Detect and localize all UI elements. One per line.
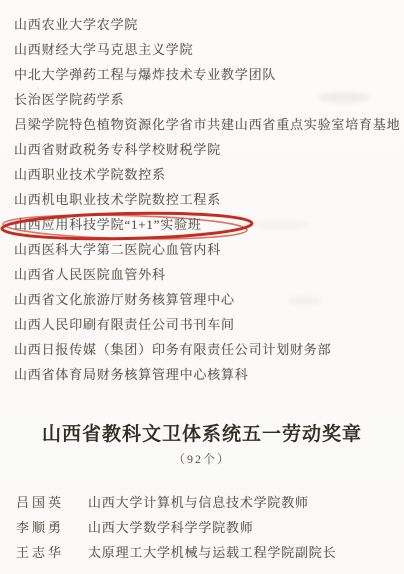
recipient-affiliation: 山西大学数学科学学院教师 — [88, 515, 254, 540]
award-section-title: 山西省教科文卫体系统五一劳动奖章 — [0, 419, 404, 446]
list-item: 山西省财政税务专科学校财税学院 — [14, 137, 402, 162]
award-count: （92个） — [0, 450, 404, 467]
list-item: 山西省人民医院血管外科 — [14, 262, 402, 287]
recipient-row: 李顺勇 山西大学数学科学学院教师 — [16, 515, 402, 540]
list-item: 山西省体育局财务核算管理中心核算科 — [14, 362, 402, 387]
recipient-name: 李顺勇 — [16, 515, 88, 540]
scan-artifact — [250, 220, 310, 230]
recipient-row: 王志华 太原理工大学机械与运载工程学院副院长 — [16, 540, 402, 565]
list-item: 山西医科大学第二医院心血管内科 — [14, 237, 402, 262]
scan-artifact — [318, 92, 370, 103]
recipient-affiliation: 太原理工大学机械与运载工程学院副院长 — [88, 540, 336, 565]
list-item: 山西日报传媒（集团）印务有限责任公司计划财务部 — [14, 337, 402, 362]
list-item: 吕梁学院特色植物资源化学省市共建山西省重点实验室培育基地 — [14, 112, 402, 137]
scanned-document-page: 山西农业大学农学院 山西财经大学马克思主义学院 中北大学弹药工程与爆炸技术专业教… — [0, 0, 404, 574]
recipient-name: 王志华 — [16, 540, 88, 565]
recipient-list: 吕国英 山西大学计算机与信息技术学院教师 李顺勇 山西大学数学科学学院教师 王志… — [16, 490, 402, 565]
scan-artifact — [288, 296, 322, 305]
list-item: 山西职业技术学院数控系 — [14, 162, 402, 187]
list-item: 山西农业大学农学院 — [14, 12, 402, 37]
list-item: 山西财经大学马克思主义学院 — [14, 37, 402, 62]
list-item-circled: 山西应用科技学院“1+1”实验班 — [14, 212, 402, 237]
recipient-row: 吕国英 山西大学计算机与信息技术学院教师 — [16, 490, 402, 515]
list-item: 山西机电职业技术学院数控工程系 — [14, 187, 402, 212]
list-item: 山西省文化旅游厅财务核算管理中心 — [14, 287, 402, 312]
list-item: 中北大学弹药工程与爆炸技术专业教学团队 — [14, 62, 402, 87]
institution-list: 山西农业大学农学院 山西财经大学马克思主义学院 中北大学弹药工程与爆炸技术专业教… — [14, 12, 402, 387]
recipient-affiliation: 山西大学计算机与信息技术学院教师 — [88, 490, 309, 515]
recipient-name: 吕国英 — [16, 490, 88, 515]
list-item: 山西人民印刷有限责任公司书刊车间 — [14, 312, 402, 337]
